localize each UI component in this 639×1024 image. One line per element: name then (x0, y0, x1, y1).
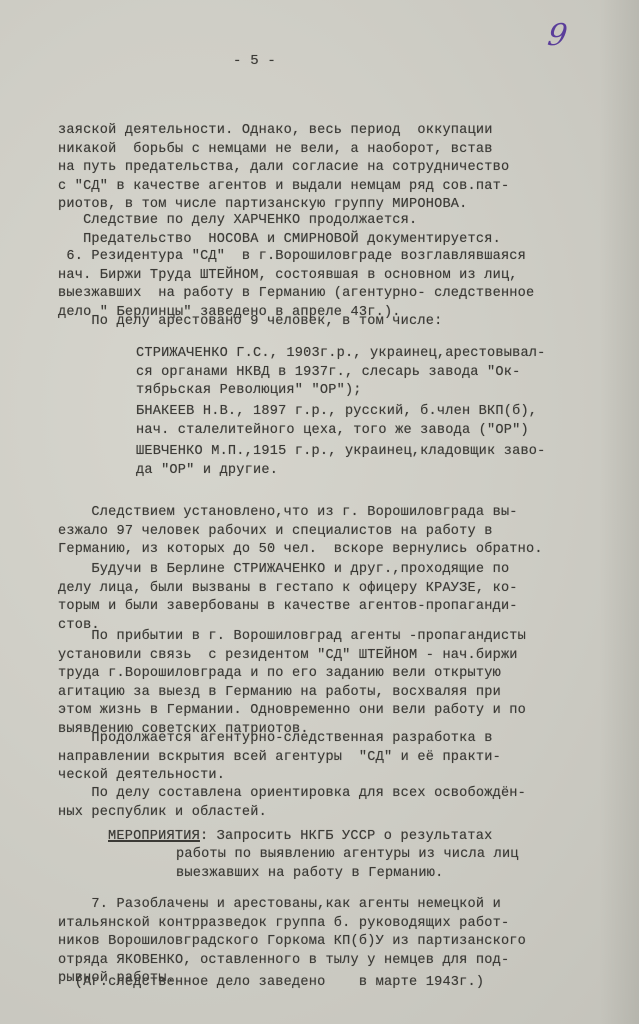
text-line: труда г.Ворошиловграда и по его заданию … (58, 665, 526, 684)
paragraph-orientation: По делу составлена ориентировка для всех… (58, 785, 526, 822)
case-note: (Аг.следственное дело заведено в марте 1… (58, 974, 484, 993)
text-line: на путь предательства, дали согласие на … (58, 159, 509, 178)
measures-label: МЕРОПРИЯТИЯ (108, 829, 200, 844)
text-line: Будучи в Берлине СТРИЖАЧЕНКО и друг.,про… (58, 561, 518, 580)
text-line: заяской деятельности. Однако, весь перио… (58, 122, 509, 141)
text-line: ных республик и областей. (58, 804, 526, 823)
text-line: Предательство НОСОВА и СМИРНОВОЙ докумен… (58, 231, 501, 250)
measures-line-1: : Запросить НКГБ УССР о результатах (200, 829, 493, 844)
paragraph-development: Продолжается агентурно-следственная разр… (58, 730, 501, 786)
text-line: 6. Резидентура "СД" в г.Ворошиловграде в… (58, 248, 534, 267)
archive-sheet-number: 9 (546, 18, 570, 53)
text-line: Следствием установлено,что из г. Ворошил… (58, 504, 543, 523)
text-line: ся органами НКВД в 1937г., слесарь завод… (136, 364, 546, 383)
text-line: направлении вскрытия всей агентуры "СД" … (58, 749, 501, 768)
text-line: СТРИЖАЧЕНКО Г.С., 1903г.р., украинец,аре… (136, 345, 546, 364)
text-line: агитацию за выезд в Германию на работы, … (58, 684, 526, 703)
item-6-resident-network: 6. Резидентура "СД" в г.Ворошиловграде в… (58, 248, 534, 322)
paragraph-arrival: По прибытии в г. Ворошиловград агенты -п… (58, 628, 526, 739)
paragraph-berlin: Будучи в Берлине СТРИЖАЧЕНКО и друг.,про… (58, 561, 518, 635)
arrested-person-3: ШЕВЧЕНКО М.П.,1915 г.р., украинец,кладов… (136, 443, 546, 480)
text-line: езжало 97 человек рабочих и специалистов… (58, 523, 543, 542)
text-line: ческой деятельности. (58, 767, 501, 786)
text-line: нач. Биржи Труда ШТЕЙНОМ, состоявшая в о… (58, 267, 534, 286)
paragraph-investigation: Следствие по делу ХАРЧЕНКО продолжается.… (58, 212, 501, 249)
text-line: установили связь с резидентом "СД" ШТЕЙН… (58, 647, 526, 666)
arrested-person-2: БНАКЕЕВ Н.В., 1897 г.р., русский, б.член… (136, 403, 537, 440)
page-number: - 5 - (233, 52, 276, 71)
text-line: нач. сталелитейного цеха, того же завода… (136, 422, 537, 441)
document-page: - 5 - 9 заяской деятельности. Однако, ве… (0, 0, 639, 1024)
text-line: делу лица, были вызваны в гестапо к офиц… (58, 580, 518, 599)
text-line: По делу арестовано 9 человек, в том числ… (58, 313, 442, 332)
paragraph-arrested: По делу арестовано 9 человек, в том числ… (58, 313, 442, 332)
text-line: тябрьская Революция" "ОР"); (136, 382, 546, 401)
paragraph-established: Следствием установлено,что из г. Ворошил… (58, 504, 543, 560)
arrested-person-1: СТРИЖАЧЕНКО Г.С., 1903г.р., украинец,аре… (136, 345, 546, 401)
text-line: этом жизнь в Германии. Одновременно они … (58, 702, 526, 721)
text-line: Следствие по делу ХАРЧЕНКО продолжается. (58, 212, 501, 231)
measures-line-3: выезжавших на работу в Германию. (176, 866, 443, 881)
text-line: (Аг.следственное дело заведено в марте 1… (58, 974, 484, 993)
text-line: По прибытии в г. Ворошиловград агенты -п… (58, 628, 526, 647)
text-line: никакой борьбы с немцами не вели, а наоб… (58, 141, 509, 160)
text-line: ников Ворошиловградского Горкома КП(б)У … (58, 933, 526, 952)
text-line: выезжавших на работу в Германию (агентур… (58, 285, 534, 304)
text-line: По делу составлена ориентировка для всех… (58, 785, 526, 804)
text-line: отряда ЯКОВЕНКО, оставленного в тылу у н… (58, 952, 526, 971)
measures-line-2: работы по выявлению агентуры из числа ли… (176, 847, 519, 862)
text-line: с "СД" в качестве агентов и выдали немца… (58, 178, 509, 197)
text-line: Германию, из которых до 50 чел. вскоре в… (58, 541, 543, 560)
text-line: 7. Разоблачены и арестованы,как агенты н… (58, 896, 526, 915)
paragraph-continued: заяской деятельности. Однако, весь перио… (58, 122, 509, 215)
text-line: да "ОР" и другие. (136, 462, 546, 481)
text-line: ШЕВЧЕНКО М.П.,1915 г.р., украинец,кладов… (136, 443, 546, 462)
measures-block: МЕРОПРИЯТИЯ: Запросить НКГБ УССР о резул… (108, 828, 492, 847)
text-line: БНАКЕЕВ Н.В., 1897 г.р., русский, б.член… (136, 403, 537, 422)
text-line: Продолжается агентурно-следственная разр… (58, 730, 501, 749)
text-line: торым и были завербованы в качестве аген… (58, 598, 518, 617)
measures-continuation: работы по выявлению агентуры из числа ли… (176, 846, 519, 883)
text-line: итальянской контрразведок группа б. руко… (58, 915, 526, 934)
